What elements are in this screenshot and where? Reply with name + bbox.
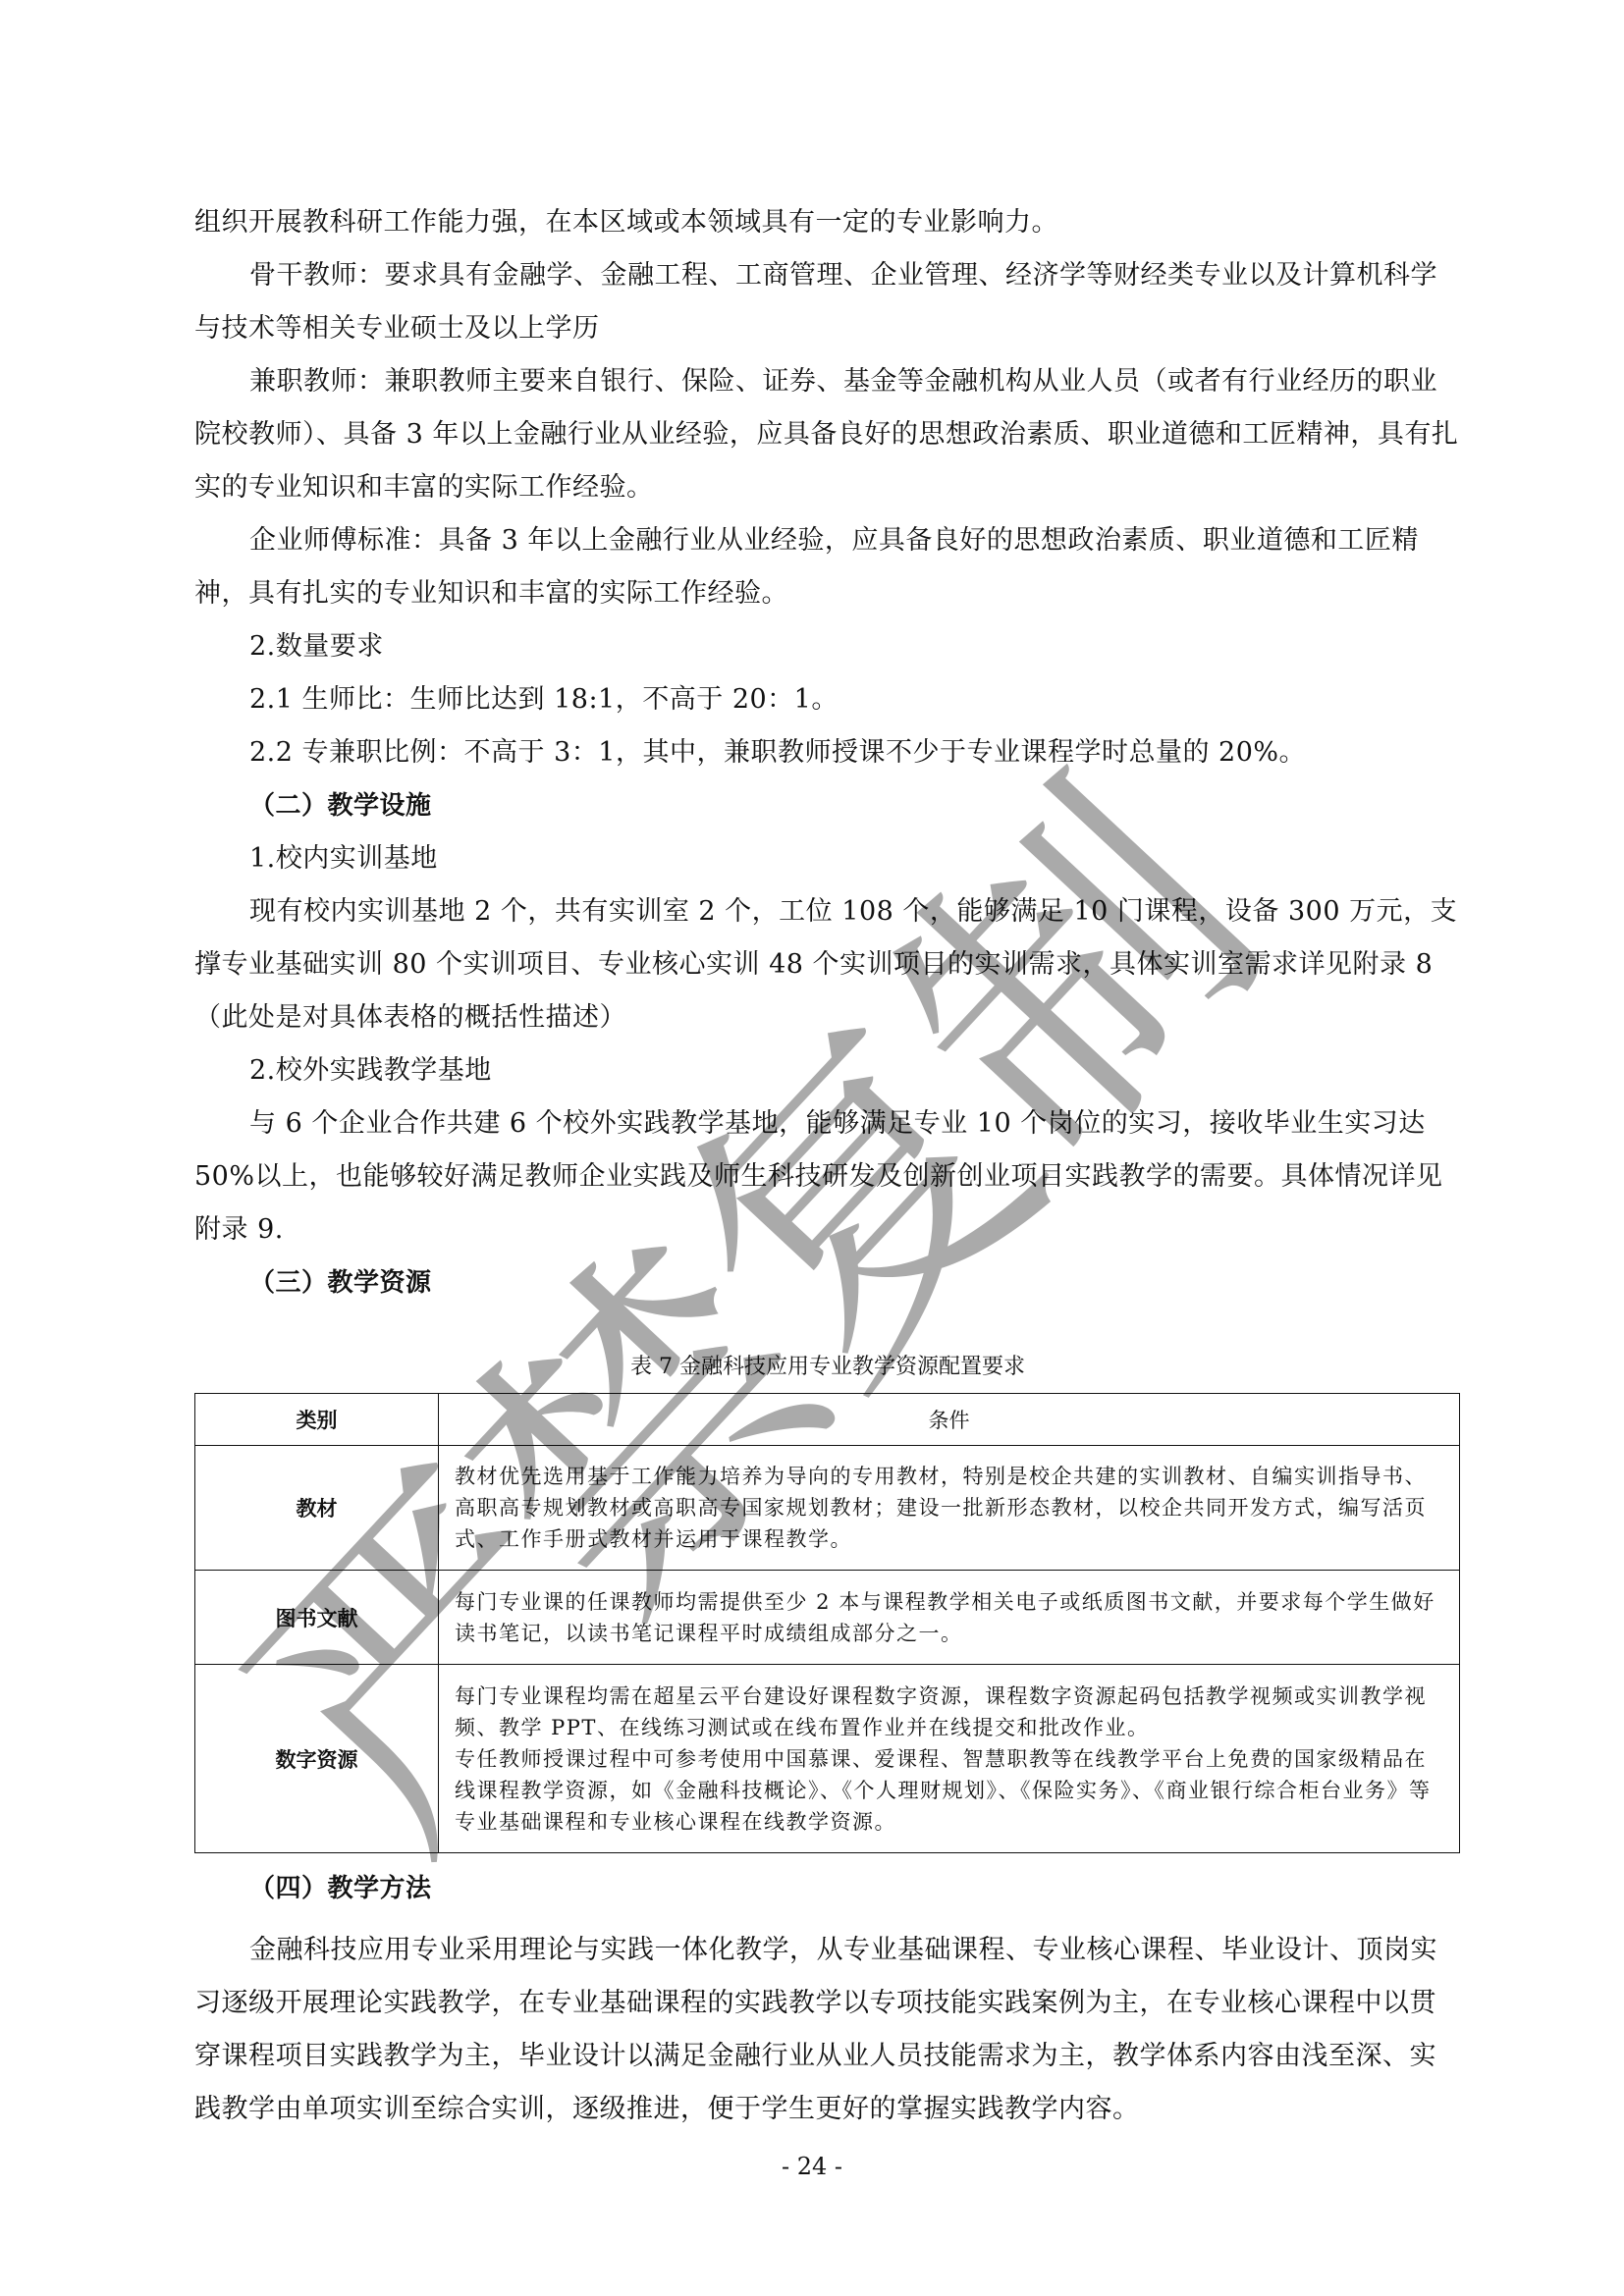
table-header-row: 类别 条件: [195, 1394, 1460, 1446]
paragraph-off-campus-practice-base: 与 6 个企业合作共建 6 个校外实践教学基地，能够满足专业 10 个岗位的实习…: [194, 1097, 1461, 1256]
document-page: 组织开展教科研工作能力强，在本区域或本领域具有一定的专业影响力。 骨干教师：要求…: [0, 0, 1624, 2296]
heading-on-campus-training-base: 1.校内实训基地: [194, 832, 1461, 885]
heading-quantity-requirements: 2.数量要求: [194, 620, 1461, 673]
paragraph-teaching-methods: 金融科技应用专业采用理论与实践一体化教学，从专业基础课程、专业核心课程、毕业设计…: [194, 1924, 1461, 2136]
table-row: 图书文献 每门专业课的任课教师均需提供至少 2 本与课程教学相关电子或纸质图书文…: [195, 1571, 1460, 1665]
section-heading-teaching-resources: （三）教学资源: [194, 1256, 1461, 1309]
section-heading-teaching-facilities: （二）教学设施: [194, 779, 1461, 832]
paragraph-student-teacher-ratio: 2.1 生师比：生师比达到 18:1，不高于 20：1。: [194, 673, 1461, 726]
paragraph-on-campus-training-base: 现有校内实训基地 2 个，共有实训室 2 个，工位 108 个，能够满足 10 …: [194, 885, 1461, 1044]
paragraph-core-teachers: 骨干教师：要求具有金融学、金融工程、工商管理、企业管理、经济学等财经类专业以及计…: [194, 249, 1461, 355]
page-number: - 24 -: [0, 2153, 1624, 2180]
row-condition-part-2: 专任教师授课过程中可参考使用中国慕课、爱课程、智慧职教等在线教学平台上免费的国家…: [455, 1743, 1443, 1838]
teaching-resources-table: 类别 条件 教材 教材优先选用基于工作能力培养为导向的专用教材，特别是校企共建的…: [194, 1393, 1460, 1853]
table-caption: 表 7 金融科技应用专业教学资源配置要求: [194, 1353, 1461, 1382]
row-condition: 每门专业课程均需在超星云平台建设好课程数字资源，课程数字资源起码包括教学视频或实…: [439, 1665, 1460, 1853]
row-condition: 教材优先选用基于工作能力培养为导向的专用教材，特别是校企共建的实训教材、自编实训…: [439, 1446, 1460, 1571]
header-condition: 条件: [439, 1394, 1460, 1446]
table-row: 教材 教材优先选用基于工作能力培养为导向的专用教材，特别是校企共建的实训教材、自…: [195, 1446, 1460, 1571]
header-category: 类别: [195, 1394, 439, 1446]
paragraph-continuation: 组织开展教科研工作能力强，在本区域或本领域具有一定的专业影响力。: [194, 196, 1461, 249]
row-condition-part-1: 每门专业课程均需在超星云平台建设好课程数字资源，课程数字资源起码包括教学视频或实…: [455, 1681, 1443, 1743]
row-category: 图书文献: [195, 1571, 439, 1665]
row-condition: 每门专业课的任课教师均需提供至少 2 本与课程教学相关电子或纸质图书文献，并要求…: [439, 1571, 1460, 1665]
paragraph-fulltime-parttime-ratio: 2.2 专兼职比例：不高于 3：1，其中，兼职教师授课不少于专业课程学时总量的 …: [194, 726, 1461, 779]
table-row: 数字资源 每门专业课程均需在超星云平台建设好课程数字资源，课程数字资源起码包括教…: [195, 1665, 1460, 1853]
heading-off-campus-practice-base: 2.校外实践教学基地: [194, 1044, 1461, 1097]
row-category: 教材: [195, 1446, 439, 1571]
paragraph-enterprise-mentor: 企业师傅标准：具备 3 年以上金融行业从业经验，应具备良好的思想政治素质、职业道…: [194, 514, 1461, 620]
paragraph-part-time-teachers: 兼职教师：兼职教师主要来自银行、保险、证券、基金等金融机构从业人员（或者有行业经…: [194, 355, 1461, 514]
section-heading-teaching-methods: （四）教学方法: [194, 1862, 1461, 1915]
row-category: 数字资源: [195, 1665, 439, 1853]
